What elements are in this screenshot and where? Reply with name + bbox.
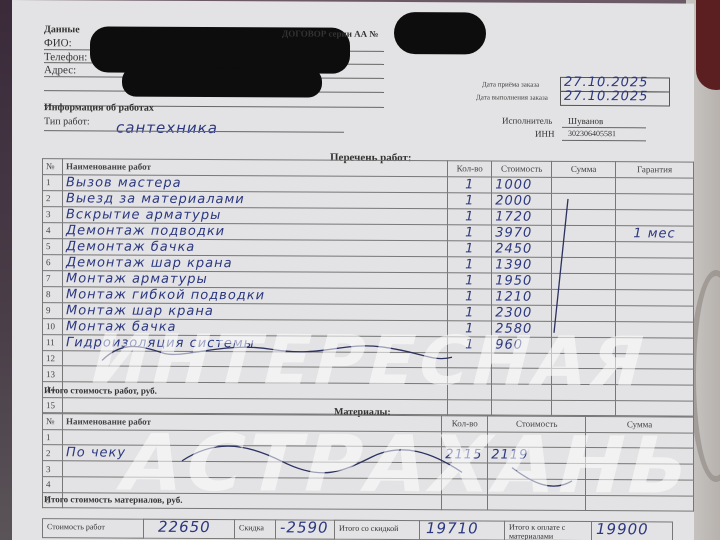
watermark-line-1: ИНТЕРЕСНАЯ <box>82 320 656 402</box>
contract-paper: Данные ФИО: Телефон: Адрес: ДОГОВОР сери… <box>12 0 694 540</box>
watermark-line-2: АСТРАХАНЬ <box>111 419 703 512</box>
background-object <box>696 0 720 90</box>
